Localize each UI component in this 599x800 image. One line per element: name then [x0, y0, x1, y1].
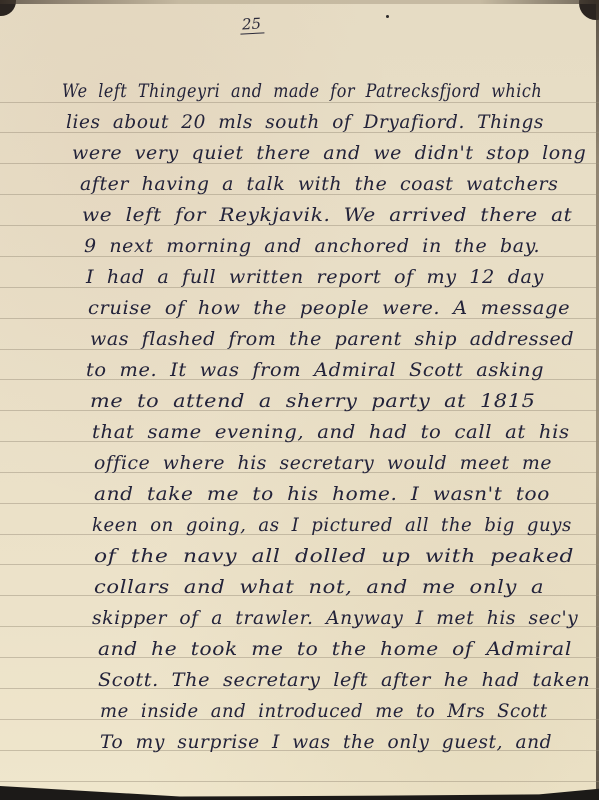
handwritten-line: that same evening, and had to call at hi…	[92, 421, 570, 443]
ruled-line	[0, 102, 599, 103]
handwritten-line: keen on going, as I pictured all the big…	[92, 514, 572, 536]
handwritten-line: 9 next morning and anchored in the bay.	[84, 235, 540, 257]
handwritten-line: office where his secretary would meet me	[94, 452, 552, 474]
handwritten-line: we left for Reykjavik. We arrived there …	[82, 204, 572, 226]
handwritten-line: I had a full written report of my 12 day	[86, 266, 544, 288]
handwritten-line: of the navy all dolled up with peaked	[94, 545, 574, 567]
handwritten-line: after having a talk with the coast watch…	[80, 173, 558, 195]
handwritten-line: lies about 20 mls south of Dryafiord. Th…	[66, 111, 544, 133]
handwritten-line: collars and what not, and me only a	[94, 576, 544, 598]
handwritten-line: were very quiet there and we didn't stop…	[72, 142, 586, 164]
handwritten-line: To my surprise I was the only guest, and	[100, 731, 552, 753]
handwritten-line: cruise of how the people were. A message	[88, 297, 570, 319]
ruled-line	[0, 781, 599, 782]
handwritten-line: me to attend a sherry party at 1815	[90, 390, 535, 412]
ink-dot	[386, 15, 389, 18]
handwritten-page: 25 We left Thingeyri and made for Patrec…	[0, 0, 599, 800]
scan-edge-bottom	[0, 786, 599, 800]
handwritten-line: and he took me to the home of Admiral	[98, 638, 572, 660]
handwritten-line: was flashed from the parent ship address…	[90, 328, 574, 350]
scan-edge-top	[0, 0, 599, 4]
handwritten-line: skipper of a trawler. Anyway I met his s…	[92, 607, 578, 629]
page-number: 25	[240, 15, 265, 34]
handwritten-line: me inside and introduced me to Mrs Scott	[100, 700, 548, 722]
handwritten-line: We left Thingeyri and made for Patrecksf…	[62, 80, 542, 102]
handwritten-line: to me. It was from Admiral Scott asking	[86, 359, 544, 381]
handwritten-line: Scott. The secretary left after he had t…	[98, 669, 590, 691]
handwritten-line: and take me to his home. I wasn't too	[94, 483, 550, 505]
